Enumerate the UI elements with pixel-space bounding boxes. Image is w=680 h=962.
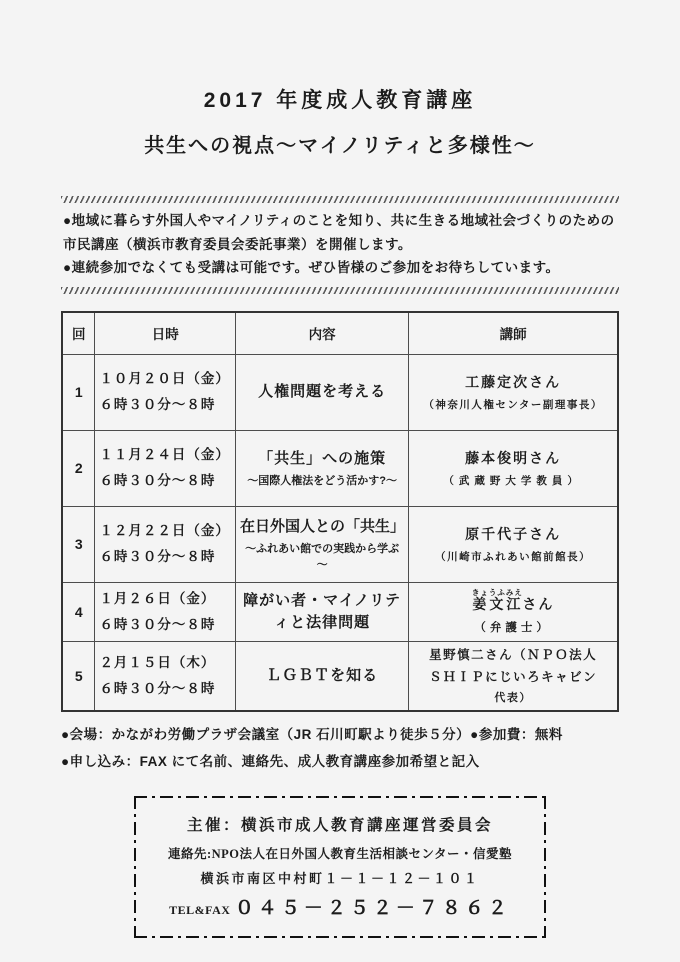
row-topic: ＬＧＢＴを知る <box>235 641 408 711</box>
lecturer-name: 姜文江きょうふみえさん <box>413 588 613 615</box>
lecturer-name: 原千代子さん <box>413 524 613 545</box>
lecturer-affiliation: （弁護士） <box>413 619 613 635</box>
lecturer-ruby-base: 姜文江 <box>472 596 523 612</box>
note-apply: ●申し込み：FAX にて名前、連絡先、成人教育講座参加希望と記入 <box>61 748 619 775</box>
topic-main: 人権問題を考える <box>240 381 404 403</box>
header-content: 内容 <box>235 312 408 354</box>
header-lecturer: 講師 <box>409 312 618 354</box>
header-round: 回 <box>62 312 95 354</box>
lecturer-name: 工藤定次さん <box>413 372 613 393</box>
topic-subtitle: ～ふれあい館での実践から学ぶ～ <box>240 540 404 572</box>
row-number: 4 <box>62 582 95 641</box>
intro-box: ●地域に暮らす外国人やマイノリティのことを知り、共に生きる地域社会づくりのための… <box>61 196 619 294</box>
topic-main: 「共生」への施策 <box>240 448 404 470</box>
row-datetime: １月２６日（金） ６時３０分～８時 <box>95 582 236 641</box>
row-datetime: ２月１５日（木） ６時３０分～８時 <box>95 641 236 711</box>
row-lecturer: 原千代子さん （川崎市ふれあい館前館長） <box>409 506 618 582</box>
organizer-telfax: TEL&FAX ０４５－２５２－７８６２ <box>142 893 538 920</box>
topic-main: 在日外国人との「共生」 <box>240 516 404 538</box>
lecturer-affiliation: （川崎市ふれあい館前館長） <box>413 549 613 564</box>
page-subtitle: 共生への視点～マイノリティと多様性～ <box>61 129 619 158</box>
lecturer-name: 藤本俊明さん <box>413 448 613 469</box>
lecturer-line-1: 星野慎二さん（ＮＰＯ法人 <box>413 644 613 667</box>
topic-main: 障がい者・マイノリティと法律問題 <box>240 590 404 634</box>
row-datetime: １０月２０日（金） ６時３０分～８時 <box>95 354 236 430</box>
notes-section: ●会場：かながわ労働プラザ会議室（JR 石川町駅より徒歩５分）●参加費：無料 ●… <box>61 721 619 775</box>
row-date: １１月２４日（金） <box>99 447 230 462</box>
telfax-label: TEL&FAX <box>169 903 230 917</box>
row-topic: 在日外国人との「共生」 ～ふれあい館での実践から学ぶ～ <box>235 506 408 582</box>
schedule-table: 回 日時 内容 講師 1 １０月２０日（金） ６時３０分～８時 人権問題を考える… <box>61 311 619 712</box>
row-time: ６時３０分～８時 <box>99 617 215 632</box>
row-lecturer: 星野慎二さん（ＮＰＯ法人 ＳＨＩＰにじいろキャビン 代表） <box>409 641 618 711</box>
row-date: ２月１５日（木） <box>99 655 215 670</box>
table-row: 2 １１月２４日（金） ６時３０分～８時 「共生」への施策 ～国際人権法をどう活… <box>62 430 618 506</box>
lecturer-suffix: さん <box>522 596 554 612</box>
lecturer-affiliation: （神奈川人権センター副理事長） <box>413 397 613 412</box>
row-date: １０月２０日（金） <box>99 371 230 386</box>
lecturer-name-ruby: 姜文江きょうふみえ <box>472 596 523 612</box>
lecturer-line-2: ＳＨＩＰにじいろキャビン <box>413 666 613 689</box>
row-lecturer: 工藤定次さん （神奈川人権センター副理事長） <box>409 354 618 430</box>
topic-main: ＬＧＢＴを知る <box>240 665 404 687</box>
intro-bullet-2: ●連続参加でなくても受講は可能です。ぜひ皆様のご参加をお待ちしています。 <box>63 256 617 280</box>
row-number: 3 <box>62 506 95 582</box>
table-row: 4 １月２６日（金） ６時３０分～８時 障がい者・マイノリティと法律問題 姜文江… <box>62 582 618 641</box>
note-venue-fee: ●会場：かながわ労働プラザ会議室（JR 石川町駅より徒歩５分）●参加費：無料 <box>61 721 619 748</box>
organizer-contact: 連絡先:NPO法人在日外国人教育生活相談センター・信愛塾 <box>142 844 538 862</box>
lecturer-line-3: 代表） <box>413 689 613 709</box>
intro-text: ●地域に暮らす外国人やマイノリティのことを知り、共に生きる地域社会づくりのための… <box>61 203 619 287</box>
row-topic: 障がい者・マイノリティと法律問題 <box>235 582 408 641</box>
organizer-title: 主催：横浜市成人教育講座運営委員会 <box>142 813 538 835</box>
hatch-border-bottom <box>61 287 619 294</box>
row-time: ６時３０分～８時 <box>99 397 215 412</box>
organizer-address: 横浜市南区中村町１－１－１２－１０１ <box>142 868 538 887</box>
note-fee: ●参加費：無料 <box>470 727 563 742</box>
lecturer-ruby-text: きょうふみえ <box>472 588 523 597</box>
table-row: 1 １０月２０日（金） ６時３０分～８時 人権問題を考える 工藤定次さん （神奈… <box>62 354 618 430</box>
topic-subtitle: ～国際人権法をどう活かす?～ <box>240 472 404 488</box>
row-number: 5 <box>62 641 95 711</box>
row-lecturer: 藤本俊明さん （武蔵野大学教員） <box>409 430 618 506</box>
row-date: １２月２２日（金） <box>99 523 230 538</box>
table-header-row: 回 日時 内容 講師 <box>62 312 618 354</box>
note-venue: ●会場：かながわ労働プラザ会議室（JR 石川町駅より徒歩５分） <box>61 727 470 742</box>
flyer-content: 2017 年度成人教育講座 共生への視点～マイノリティと多様性～ ●地域に暮らす… <box>61 0 619 938</box>
hatch-border-top <box>61 196 619 203</box>
row-time: ６時３０分～８時 <box>99 473 215 488</box>
page-title: 2017 年度成人教育講座 <box>61 88 619 113</box>
intro-bullet-1: ●地域に暮らす外国人やマイノリティのことを知り、共に生きる地域社会づくりのための… <box>63 209 617 256</box>
row-time: ６時３０分～８時 <box>99 549 215 564</box>
flyer-page: 2017 年度成人教育講座 共生への視点～マイノリティと多様性～ ●地域に暮らす… <box>0 0 680 962</box>
telfax-number: ０４５－２５２－７８６２ <box>235 898 511 919</box>
row-datetime: １１月２４日（金） ６時３０分～８時 <box>95 430 236 506</box>
table-row: 5 ２月１５日（木） ６時３０分～８時 ＬＧＢＴを知る 星野慎二さん（ＮＰＯ法人… <box>62 641 618 711</box>
row-date: １月２６日（金） <box>99 591 215 606</box>
row-lecturer: 姜文江きょうふみえさん （弁護士） <box>409 582 618 641</box>
row-number: 1 <box>62 354 95 430</box>
row-datetime: １２月２２日（金） ６時３０分～８時 <box>95 506 236 582</box>
row-time: ６時３０分～８時 <box>99 681 215 696</box>
row-topic: 人権問題を考える <box>235 354 408 430</box>
organizer-box: 主催：横浜市成人教育講座運営委員会 連絡先:NPO法人在日外国人教育生活相談セン… <box>134 796 546 938</box>
header-datetime: 日時 <box>95 312 236 354</box>
lecturer-affiliation: （武蔵野大学教員） <box>413 473 613 488</box>
table-row: 3 １２月２２日（金） ６時３０分～８時 在日外国人との「共生」 ～ふれあい館で… <box>62 506 618 582</box>
row-number: 2 <box>62 430 95 506</box>
row-topic: 「共生」への施策 ～国際人権法をどう活かす?～ <box>235 430 408 506</box>
